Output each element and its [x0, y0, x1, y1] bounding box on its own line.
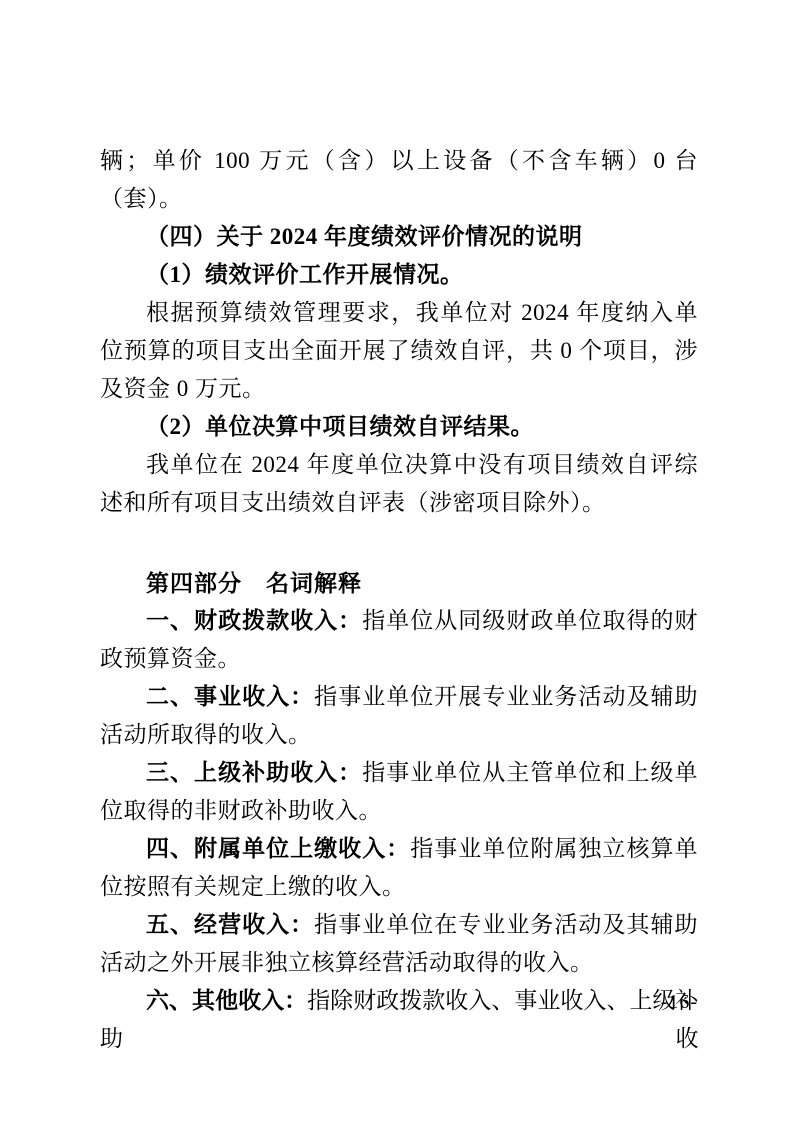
- term-lead: 二、事业收入：: [146, 684, 314, 709]
- term-definition-4: 四、附属单位上缴收入：指事业单位附属独立核算单位按照有关规定上缴的收入。: [100, 830, 698, 906]
- perf-eval-subheading-2: （2）单位决算中项目绩效自评结果。: [100, 408, 698, 446]
- term-lead: 一、财政拨款收入：: [146, 608, 362, 633]
- term-definition-3: 三、上级补助收入：指事业单位从主管单位和上级单位取得的非财政补助收入。: [100, 754, 698, 830]
- perf-eval-paragraph-2: 我单位在 2024 年度单位决算中没有项目绩效自评综述和所有项目支出绩效自评表（…: [100, 446, 698, 522]
- term-definition-2: 二、事业收入：指事业单位开展专业业务活动及辅助活动所取得的收入。: [100, 678, 698, 754]
- page-number: -16-: [661, 991, 698, 1014]
- term-lead: 三、上级补助收入：: [146, 760, 362, 785]
- paragraph-continued: 辆；单价 100 万元（含）以上设备（不含车辆）0 台（套）。: [100, 142, 698, 218]
- term-definition-1: 一、财政拨款收入：指单位从同级财政单位取得的财政预算资金。: [100, 602, 698, 678]
- perf-eval-subheading-1: （1）绩效评价工作开展情况。: [100, 256, 698, 294]
- term-lead: 六、其他收入：: [146, 988, 307, 1013]
- perf-eval-heading: （四）关于 2024 年度绩效评价情况的说明: [100, 218, 698, 256]
- term-lead: 四、附属单位上缴收入：: [146, 836, 410, 861]
- section-title-glossary: 第四部分 名词解释: [100, 564, 698, 602]
- perf-eval-paragraph-1: 根据预算绩效管理要求，我单位对 2024 年度纳入单位预算的项目支出全面开展了绩…: [100, 294, 698, 408]
- document-body: 辆；单价 100 万元（含）以上设备（不含车辆）0 台（套）。 （四）关于 20…: [100, 142, 698, 1058]
- term-definition-5: 五、经营收入：指事业单位在专业业务活动及其辅助活动之外开展非独立核算经营活动取得…: [100, 906, 698, 982]
- term-lead: 五、经营收入：: [146, 912, 314, 937]
- term-definition-6: 六、其他收入：指除财政拨款收入、事业收入、上级补助收: [100, 982, 698, 1058]
- page: 辆；单价 100 万元（含）以上设备（不含车辆）0 台（套）。 （四）关于 20…: [0, 0, 793, 1122]
